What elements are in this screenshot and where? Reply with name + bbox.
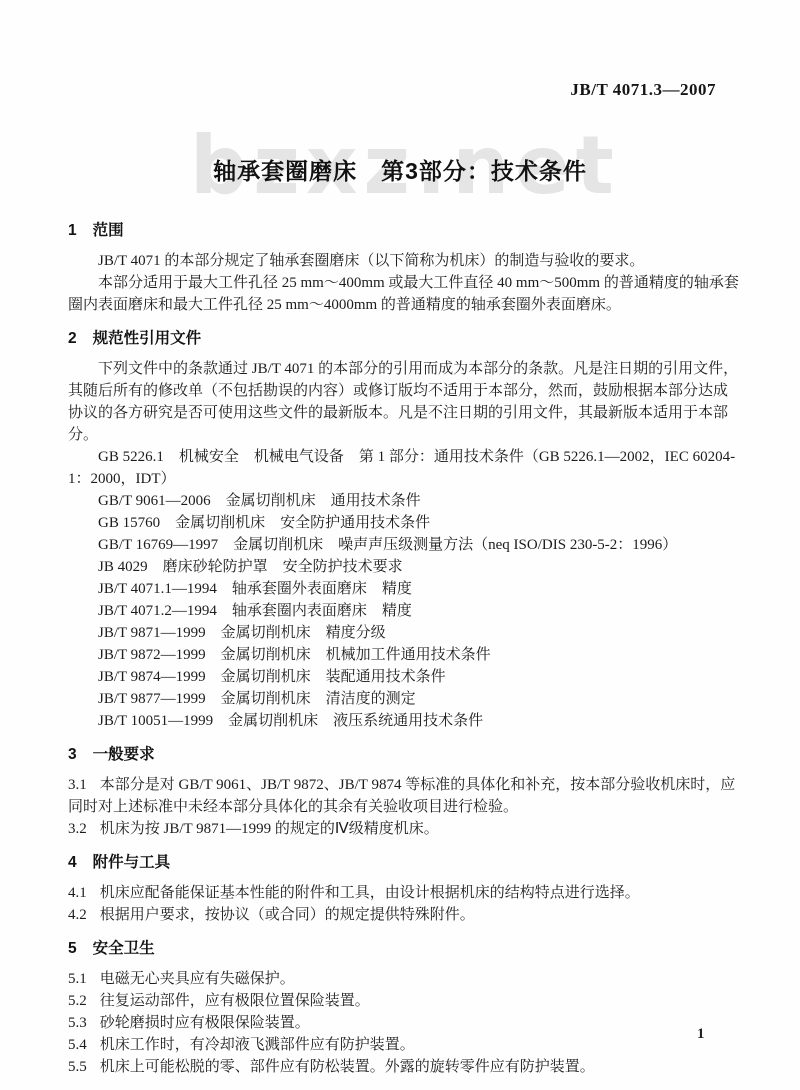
paragraph: 下列文件中的条款通过 JB/T 4071 的本部分的引用而成为本部分的条款。凡是… [68, 358, 742, 446]
document-body: 1范围 JB/T 4071 的本部分规定了轴承套圈磨床（以下简称为机床）的制造与… [68, 216, 742, 1078]
section-number: 5 [68, 940, 77, 957]
reference-item: JB/T 10051—1999 金属切削机床 液压系统通用技术条件 [68, 710, 742, 732]
clause-number: 4.1 [68, 885, 87, 901]
clause-text: 机床上可能松脱的零、部件应有防松装置。外露的旋转零件应有防护装置。 [100, 1059, 595, 1075]
clause-text: 根据用户要求，按协议（或合同）的规定提供特殊附件。 [100, 907, 475, 923]
section-number: 3 [68, 746, 77, 763]
section-heading-general-requirements: 3一般要求 [68, 744, 742, 766]
reference-item: JB/T 4071.2—1994 轴承套圈内表面磨床 精度 [68, 600, 742, 622]
paragraph: JB/T 4071 的本部分规定了轴承套圈磨床（以下简称为机床）的制造与验收的要… [68, 250, 742, 272]
clause-text: 机床应配备能保证基本性能的附件和工具，由设计根据机床的结构特点进行选择。 [100, 885, 640, 901]
clause-number: 5.2 [68, 993, 87, 1009]
clause-number: 3.2 [68, 821, 87, 837]
clause: 3.1本部分是对 GB/T 9061、JB/T 9872、JB/T 9874 等… [68, 774, 742, 818]
section-heading-safety-hygiene: 5安全卫生 [68, 938, 742, 960]
standard-number: JB/T 4071.3—2007 [570, 80, 716, 100]
clause: 4.2根据用户要求，按协议（或合同）的规定提供特殊附件。 [68, 904, 742, 926]
reference-item: JB/T 9871—1999 金属切削机床 精度分级 [68, 622, 742, 644]
clause-number: 4.2 [68, 907, 87, 923]
reference-item: GB/T 16769—1997 金属切削机床 噪声声压级测量方法（neq ISO… [68, 534, 742, 556]
section-heading-accessories-tools: 4附件与工具 [68, 852, 742, 874]
clause-text: 电磁无心夹具应有失磁保护。 [100, 971, 295, 987]
paragraph: 本部分适用于最大工件孔径 25 mm～400mm 或最大工件直径 40 mm～5… [68, 272, 742, 316]
section-number: 1 [68, 222, 77, 239]
section-title: 安全卫生 [93, 940, 155, 957]
clause: 3.2机床为按 JB/T 9871—1999 的规定的Ⅳ级精度机床。 [68, 818, 742, 840]
clause: 5.3砂轮磨损时应有极限保险装置。 [68, 1012, 742, 1034]
section-title: 一般要求 [93, 746, 155, 763]
reference-item: JB/T 9877—1999 金属切削机床 清洁度的测定 [68, 688, 742, 710]
reference-item: JB/T 4071.1—1994 轴承套圈外表面磨床 精度 [68, 578, 742, 600]
clause-text: 往复运动部件，应有极限位置保险装置。 [100, 993, 370, 1009]
clause: 5.1电磁无心夹具应有失磁保护。 [68, 968, 742, 990]
clause: 5.2往复运动部件，应有极限位置保险装置。 [68, 990, 742, 1012]
clause: 4.1机床应配备能保证基本性能的附件和工具，由设计根据机床的结构特点进行选择。 [68, 882, 742, 904]
section-heading-scope: 1范围 [68, 220, 742, 242]
clause-text: 砂轮磨损时应有极限保险装置。 [100, 1015, 310, 1031]
clause-text: 本部分是对 GB/T 9061、JB/T 9872、JB/T 9874 等标准的… [68, 777, 735, 815]
clause: 5.5机床上可能松脱的零、部件应有防松装置。外露的旋转零件应有防护装置。 [68, 1056, 742, 1078]
clause-number: 5.3 [68, 1015, 87, 1031]
reference-item: GB/T 9061—2006 金属切削机床 通用技术条件 [68, 490, 742, 512]
clause-number: 5.5 [68, 1059, 87, 1075]
clause-number: 5.4 [68, 1037, 87, 1053]
clause-text: 机床为按 JB/T 9871—1999 的规定的Ⅳ级精度机床。 [100, 821, 439, 837]
reference-item: GB 5226.1 机械安全 机械电气设备 第 1 部分：通用技术条件（GB 5… [68, 446, 742, 490]
section-title: 附件与工具 [93, 854, 171, 871]
reference-item: JB 4029 磨床砂轮防护罩 安全防护技术要求 [68, 556, 742, 578]
section-heading-normative-references: 2规范性引用文件 [68, 328, 742, 350]
reference-item: GB 15760 金属切削机床 安全防护通用技术条件 [68, 512, 742, 534]
clause: 5.4机床工作时，有冷却液飞溅部件应有防护装置。 [68, 1034, 742, 1056]
section-title: 范围 [93, 222, 124, 239]
document-page: JB/T 4071.3—2007 bzxz.net 轴承套圈磨床 第3部分：技术… [0, 0, 800, 1090]
clause-number: 3.1 [68, 777, 87, 793]
clause-number: 5.1 [68, 971, 87, 987]
document-title: 轴承套圈磨床 第3部分：技术条件 [0, 153, 800, 186]
reference-item: JB/T 9874—1999 金属切削机床 装配通用技术条件 [68, 666, 742, 688]
clause-text: 机床工作时，有冷却液飞溅部件应有防护装置。 [100, 1037, 415, 1053]
section-number: 4 [68, 854, 77, 871]
section-title: 规范性引用文件 [93, 330, 202, 347]
page-number: 1 [697, 1026, 705, 1043]
section-number: 2 [68, 330, 77, 347]
reference-item: JB/T 9872—1999 金属切削机床 机械加工件通用技术条件 [68, 644, 742, 666]
